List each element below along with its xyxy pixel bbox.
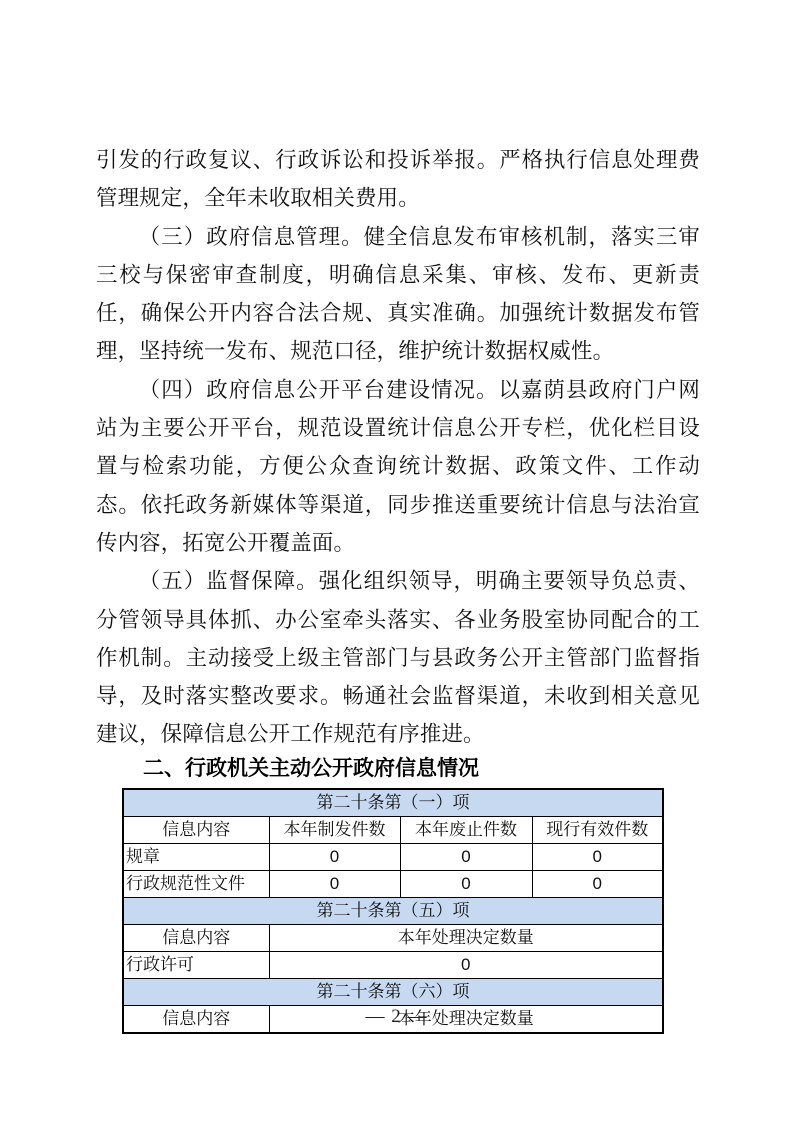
table-row-label: 规章 [123, 843, 269, 870]
table-value-cell: 0 [400, 870, 532, 897]
section-heading: 二、行政机关主动公开政府信息情况 [96, 754, 700, 784]
paragraph-platform-construction: （四）政府信息公开平台建设情况。以嘉荫县政府门户网站为主要公开平台，规范设置统计… [96, 371, 700, 562]
table-section-band-row: 第二十条第（六）项 [123, 978, 663, 1005]
disclosure-statistics-table: 第二十条第（一）项信息内容本年制发件数本年废止件数现行有效件数规章000行政规范… [122, 788, 664, 1034]
table-header-cell: 信息内容 [123, 816, 269, 843]
table-section-band-row: 第二十条第（五）项 [123, 897, 663, 924]
document-page: 引发的行政复议、行政诉讼和投诉举报。严格执行信息处理费管理规定，全年未收取相关费… [0, 0, 793, 1122]
table-row-label: 行政规范性文件 [123, 870, 269, 897]
table-section-band: 第二十条第（一）项 [123, 789, 663, 817]
table-header-cell: 信息内容 [123, 924, 269, 951]
table-section-band-row: 第二十条第（一）项 [123, 789, 663, 817]
table-row: 行政许可0 [123, 951, 663, 978]
table-body: 第二十条第（一）项信息内容本年制发件数本年废止件数现行有效件数规章000行政规范… [123, 789, 663, 1033]
table-row: 行政规范性文件000 [123, 870, 663, 897]
paragraph-supervision-guarantee: （五）监督保障。强化组织领导，明确主要领导负总责、分管领导具体抓、办公室牵头落实… [96, 562, 700, 753]
paragraph-info-management: （三）政府信息管理。健全信息发布审核机制，落实三审三校与保密审查制度，明确信息采… [96, 218, 700, 371]
table-value-cell: 0 [532, 870, 663, 897]
table-header-cell: 本年处理决定数量 [269, 924, 663, 951]
table-header-cell: 本年废止件数 [400, 816, 532, 843]
table-row-label: 行政许可 [123, 951, 269, 978]
table-value-cell: 0 [269, 870, 400, 897]
page-number: — 2 — [0, 1006, 793, 1028]
table-value-cell: 0 [269, 843, 400, 870]
table-value-cell: 0 [400, 843, 532, 870]
paragraph-continuation: 引发的行政复议、行政诉讼和投诉举报。严格执行信息处理费管理规定，全年未收取相关费… [96, 141, 700, 218]
table-header-cell: 现行有效件数 [532, 816, 663, 843]
table-header-row: 信息内容本年处理决定数量 [123, 924, 663, 951]
table-header-cell: 本年制发件数 [269, 816, 400, 843]
document-body: 引发的行政复议、行政诉讼和投诉举报。严格执行信息处理费管理规定，全年未收取相关费… [96, 141, 700, 1034]
table-row: 规章000 [123, 843, 663, 870]
table-section-band: 第二十条第（五）项 [123, 897, 663, 924]
table-value-cell: 0 [532, 843, 663, 870]
table-value-cell: 0 [269, 951, 663, 978]
table-header-row: 信息内容本年制发件数本年废止件数现行有效件数 [123, 816, 663, 843]
table-section-band: 第二十条第（六）项 [123, 978, 663, 1005]
